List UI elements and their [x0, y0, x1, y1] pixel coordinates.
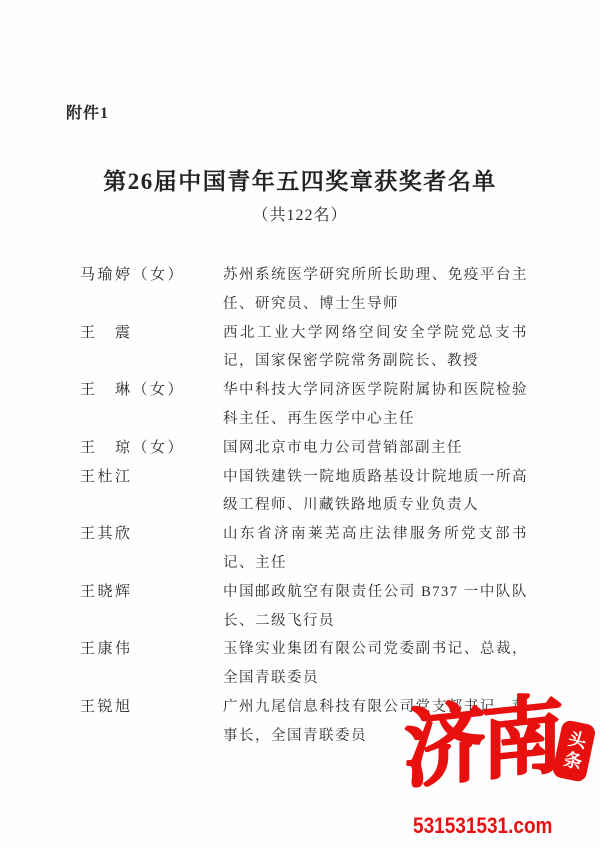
awardee-name: 王锐旭 [80, 693, 223, 722]
awardee-row: 马瑜婷（女） 苏州系统医学研究所所长助理、免疫平台主任、研究员、博士生导师 [80, 261, 528, 319]
awardee-row: 王 琼（女） 国网北京市电力公司营销部副主任 [80, 434, 528, 463]
watermark-url: 531531531.com [413, 814, 552, 840]
awardee-name: 王 琳（女） [80, 376, 223, 405]
awardee-count-subtitle: （共122名） [0, 202, 600, 225]
awardee-description: 广州九尾信息科技有限公司党支部书记、董事长，全国青联委员 [223, 693, 528, 751]
awardee-list: 马瑜婷（女） 苏州系统医学研究所所长助理、免疫平台主任、研究员、博士生导师 王 … [80, 261, 528, 751]
awardee-name: 王康伟 [80, 635, 223, 664]
awardee-description: 中国邮政航空有限责任公司 B737 一中队队长、二级飞行员 [223, 578, 528, 636]
awardee-description: 华中科技大学同济医学院附属协和医院检验科主任、再生医学中心主任 [223, 376, 528, 434]
awardee-row: 王其欣 山东省济南莱芜高庄法律服务所党支部书记、主任 [80, 520, 528, 578]
awardee-row: 王 震 西北工业大学网络空间安全学院党总支书记，国家保密学院常务副院长、教授 [80, 319, 528, 377]
awardee-description: 国网北京市电力公司营销部副主任 [223, 434, 528, 463]
awardee-description: 苏州系统医学研究所所长助理、免疫平台主任、研究员、博士生导师 [223, 261, 528, 319]
page-title: 第26届中国青年五四奖章获奖者名单 [0, 163, 600, 196]
awardee-description: 西北工业大学网络空间安全学院党总支书记，国家保密学院常务副院长、教授 [223, 319, 528, 377]
awardee-name: 王 琼（女） [80, 434, 223, 463]
awardee-description: 山东省济南莱芜高庄法律服务所党支部书记、主任 [223, 520, 528, 578]
awardee-row: 王 琳（女） 华中科技大学同济医学院附属协和医院检验科主任、再生医学中心主任 [80, 376, 528, 434]
attachment-label: 附件1 [66, 100, 109, 123]
toutiao-seal-stamp: 头条 [551, 719, 596, 783]
document-page: 附件1 第26届中国青年五四奖章获奖者名单 （共122名） 马瑜婷（女） 苏州系… [0, 0, 600, 848]
awardee-row: 王杜江 中国铁建铁一院地质路基设计院地质一所高级工程师、川藏铁路地质专业负责人 [80, 463, 528, 521]
awardee-row: 王晓辉 中国邮政航空有限责任公司 B737 一中队队长、二级飞行员 [80, 578, 528, 636]
awardee-name: 王 震 [80, 319, 223, 348]
awardee-name: 马瑜婷（女） [80, 261, 223, 290]
awardee-row: 王锐旭 广州九尾信息科技有限公司党支部书记、董事长，全国青联委员 [80, 693, 528, 751]
awardee-name: 王其欣 [80, 520, 223, 549]
awardee-row: 王康伟 玉锋实业集团有限公司党委副书记、总裁，全国青联委员 [80, 635, 528, 693]
awardee-description: 中国铁建铁一院地质路基设计院地质一所高级工程师、川藏铁路地质专业负责人 [223, 463, 528, 521]
awardee-description: 玉锋实业集团有限公司党委副书记、总裁，全国青联委员 [223, 635, 528, 693]
awardee-name: 王杜江 [80, 463, 223, 492]
awardee-name: 王晓辉 [80, 578, 223, 607]
